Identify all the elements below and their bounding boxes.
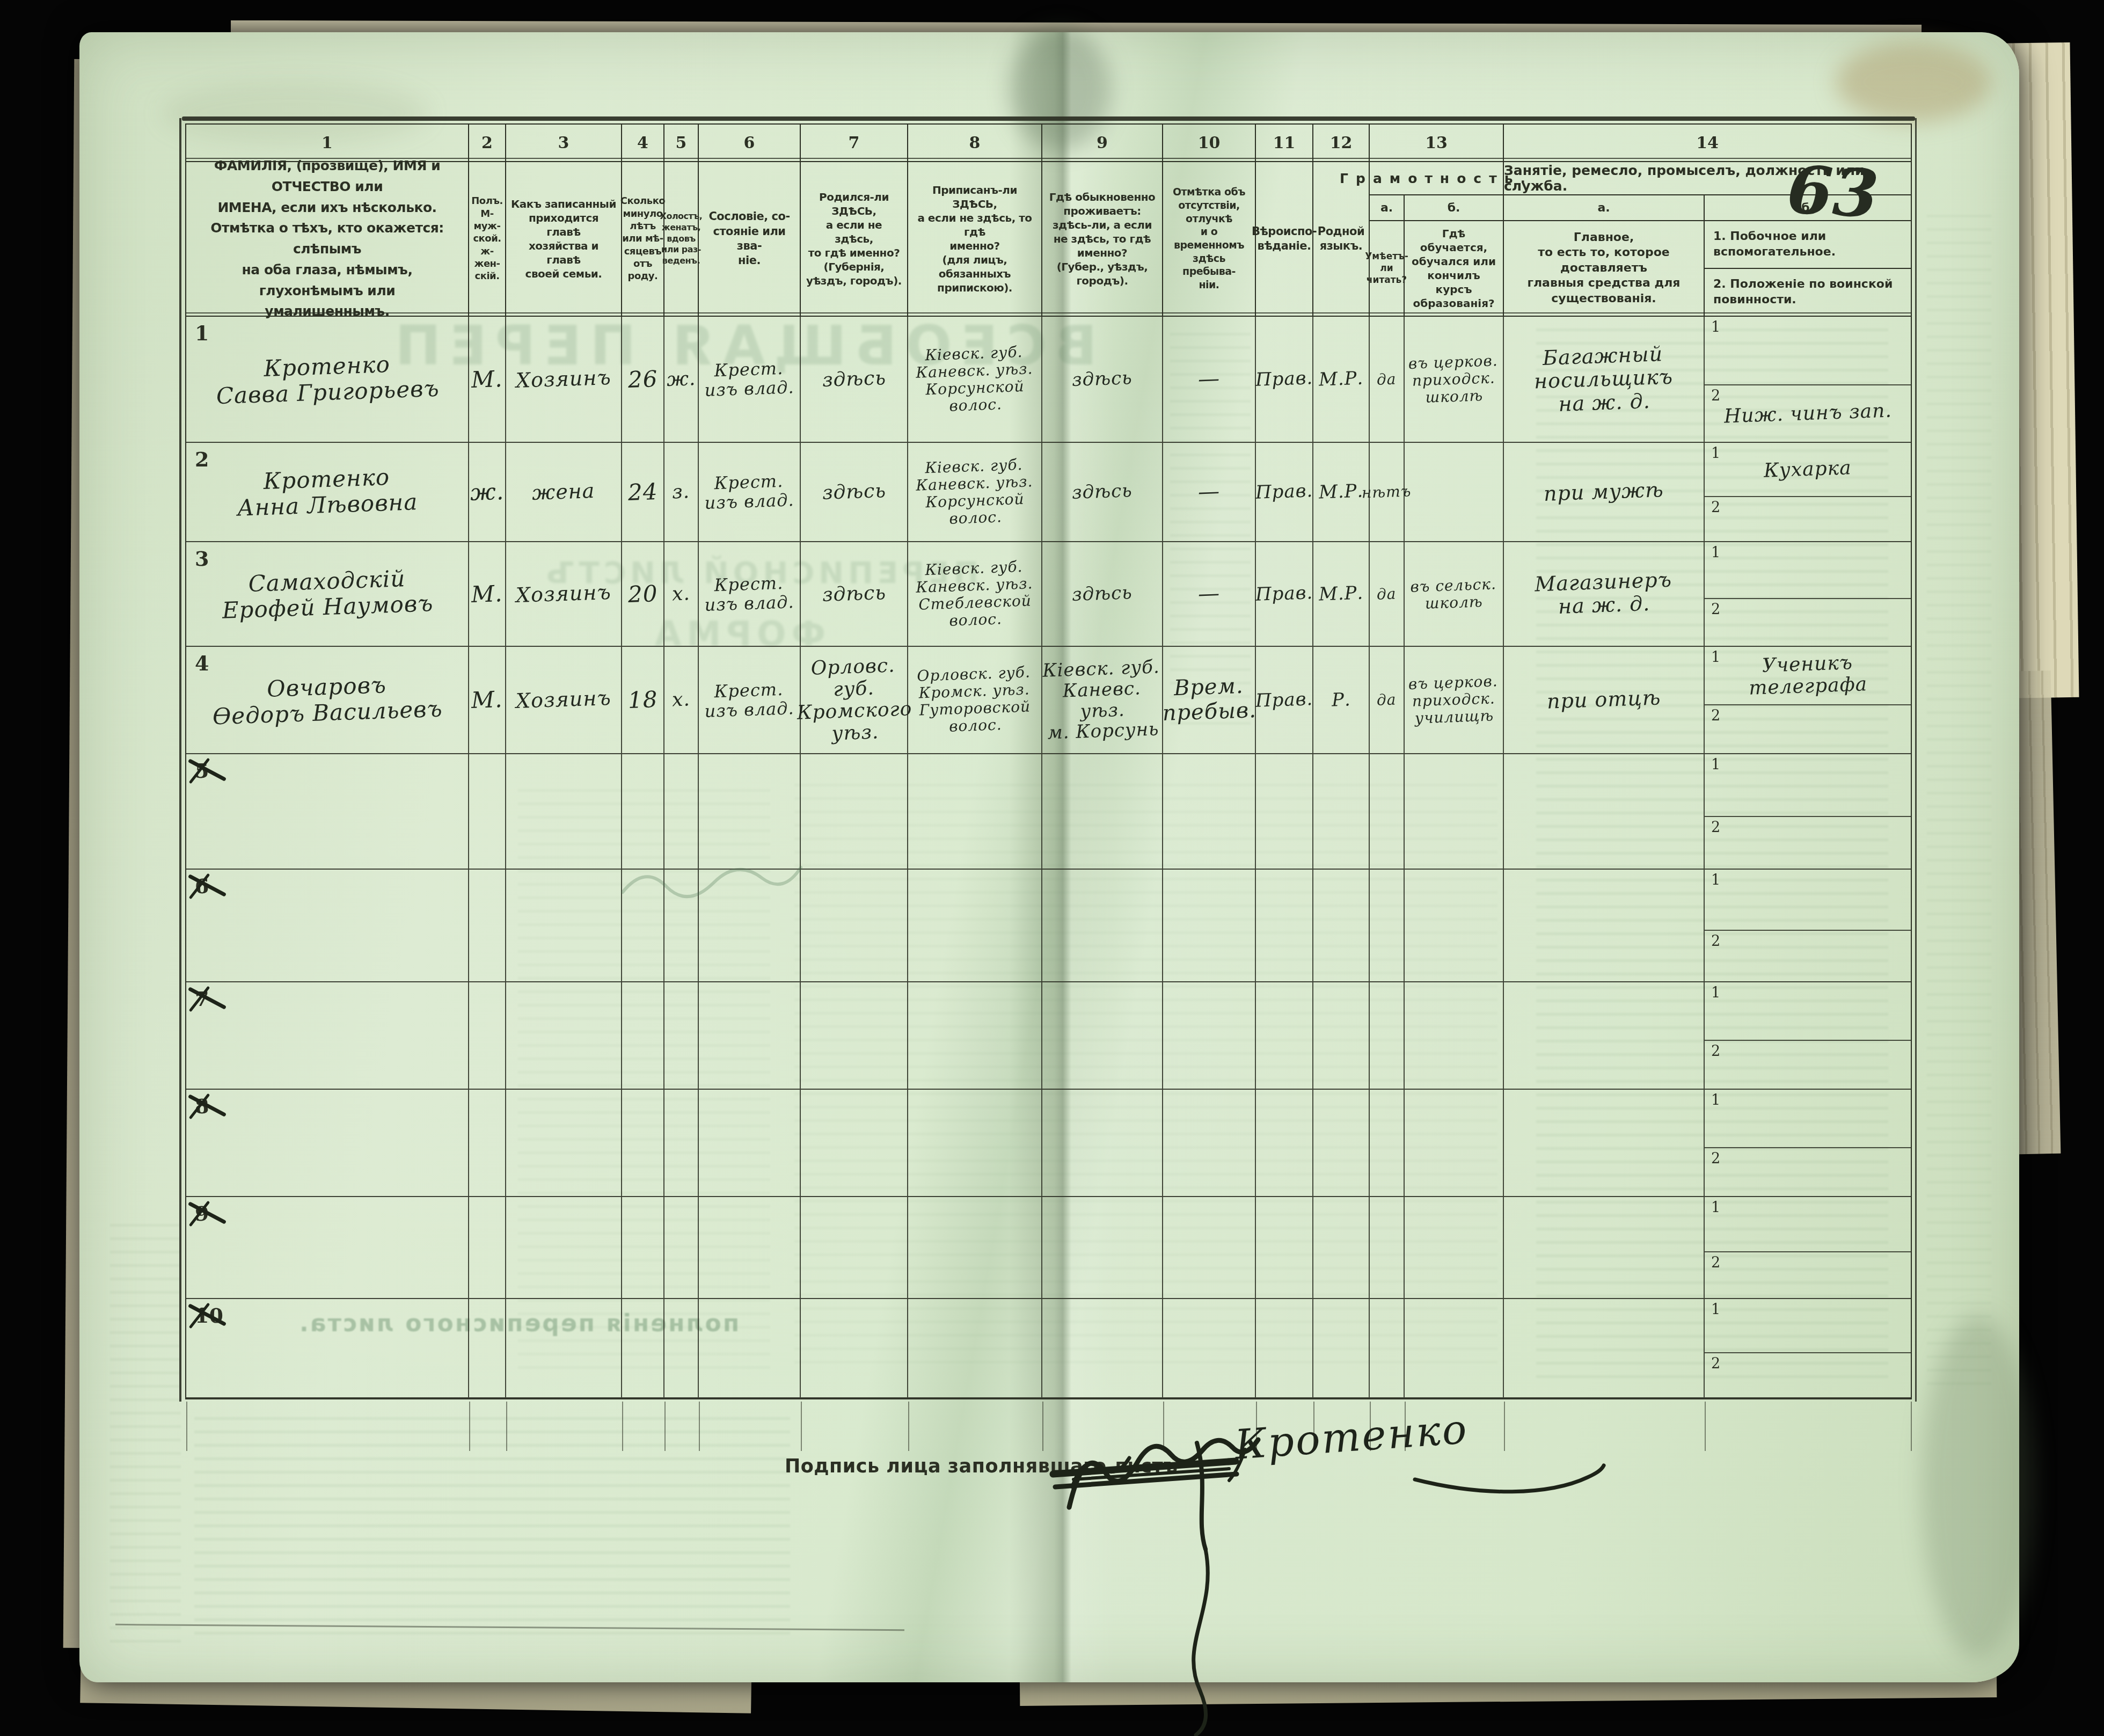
side-occupation-1: 1Ученикъ телеграфа <box>1705 647 1911 705</box>
column-line-tail <box>664 1402 666 1451</box>
column-header: Родился-ли ЗДѢСЬ, а если не здѣсь, то гд… <box>801 162 908 316</box>
cell-language: М.Р. <box>1313 317 1370 442</box>
column-header: Сословіе, со- стояніе или зва- ніе. <box>699 162 801 316</box>
cell-relation: Хозяинъ <box>506 317 622 442</box>
sub-row-label: 2 <box>1711 1254 1720 1271</box>
resides-entry: здѣсь <box>1072 582 1133 606</box>
cell-religion: Прав. <box>1256 317 1313 442</box>
absence-entry: — <box>1197 367 1221 392</box>
scanned-census-sheet: ВСЕОБЩАЯ ПЕРЕП ПЕРЕПИСНОЙ ЛИСТЪ ФОРМА по… <box>0 0 2104 1736</box>
cell-side-occupation: 12 <box>1705 870 1911 981</box>
cell-name: 2КротенкоАнна Лѣвовна <box>186 443 469 541</box>
cell-age <box>622 870 664 981</box>
literacy-a-header: Умѣетъ- ли читать? <box>1370 221 1405 316</box>
cell-registered <box>908 1299 1042 1397</box>
cell-side-occupation: 12 <box>1705 1197 1911 1298</box>
cell-reads: да <box>1370 542 1405 646</box>
cell-marital: х. <box>664 542 699 646</box>
cell-resides: здѣсь <box>1042 542 1163 646</box>
cell-marital: ж. <box>664 317 699 442</box>
registered-entry: Орловск. губ.Кромск. уѣз.Гуторовскойволо… <box>917 664 1033 736</box>
column-line-tail <box>801 1402 802 1451</box>
side-occupation-1: 1 <box>1705 1197 1911 1252</box>
column-header: Холостъ, женатъ, вдовъ или раз- веденъ. <box>664 162 699 316</box>
column-number: 9 <box>1042 125 1163 161</box>
marital-entry: ж. <box>666 368 696 391</box>
literacy-title: Грамотность. <box>1370 162 1503 195</box>
cell-education <box>1405 754 1504 869</box>
column-header: Приписанъ-ли ЗДѢСЬ, а если не здѣсь, то … <box>908 162 1042 316</box>
page-number: 63 <box>1785 151 1880 233</box>
cell-relation <box>506 1197 622 1298</box>
side-occupation-2: 2Ниж. чинъ зап. <box>1705 385 1911 442</box>
cell-language <box>1313 1299 1370 1397</box>
column-number: 11 <box>1256 125 1313 161</box>
cell-registered: Кіевск. губ.Каневск. уѣз.Корсунскойволос… <box>908 317 1042 442</box>
cell-relation <box>506 982 622 1089</box>
cell-born: здѣсь <box>801 443 908 541</box>
cell-estate <box>699 982 801 1089</box>
cell-estate <box>699 870 801 981</box>
born-entry: здѣсь <box>822 480 886 504</box>
cell-name: 5 <box>186 754 469 869</box>
census-table: 1234567891011121314ФАМИЛІЯ, (прозвище), … <box>185 123 1912 1399</box>
column-header: Сколько минуло лѣтъ или мѣ- сяцевъ отъ р… <box>622 162 664 316</box>
sex-entry: М. <box>471 687 503 713</box>
sub-row-label: 1 <box>1711 544 1720 561</box>
cell-born <box>801 1299 908 1397</box>
side-occupation-2: 2 <box>1705 931 1911 981</box>
cell-language <box>1313 1090 1370 1196</box>
cell-religion <box>1256 982 1313 1089</box>
cell-registered <box>908 754 1042 869</box>
cell-resides: здѣсь <box>1042 317 1163 442</box>
marital-entry: х. <box>671 582 690 605</box>
main-entry: Магазинеръна ж. д. <box>1535 568 1674 619</box>
cell-age: 26 <box>622 317 664 442</box>
column-number: 13 <box>1370 125 1504 161</box>
sub-row-label: 2 <box>1711 388 1720 404</box>
cell-education: въ церков.приходск.училищѣ <box>1405 647 1504 753</box>
row-number-crossed: 7 <box>195 987 209 1011</box>
reads-entry: да <box>1377 370 1397 388</box>
cell-main <box>1504 1299 1705 1397</box>
table-row: 2КротенкоАнна Лѣвовнаж.жена24з.Крест.изъ… <box>186 443 1911 542</box>
education-entry: въ сельск.школѣ <box>1410 575 1497 612</box>
resides-entry: здѣсь <box>1072 480 1133 504</box>
side-occupation-1: 1 <box>1705 754 1911 817</box>
cell-relation: Хозяинъ <box>506 647 622 753</box>
cell-education <box>1405 443 1504 541</box>
side-occupation-2: 2 <box>1705 817 1911 869</box>
cell-absence: — <box>1163 317 1256 442</box>
cell-main: Багажныйносильщикъна ж. д. <box>1504 317 1705 442</box>
main-entry: Багажныйносильщикъна ж. д. <box>1533 342 1674 417</box>
name-entry: СамаходскійЕрофей Наумовъ <box>221 565 434 623</box>
language-entry: Р. <box>1331 689 1351 711</box>
column-number: 6 <box>699 125 801 161</box>
sub-row-label: 2 <box>1711 499 1720 516</box>
relation-entry: Хозяинъ <box>515 581 611 607</box>
cell-estate <box>699 1299 801 1397</box>
cell-reads: да <box>1370 647 1405 753</box>
column-line-tail <box>1163 1402 1164 1451</box>
age-entry: 18 <box>627 687 658 713</box>
row-number: 4 <box>195 651 209 675</box>
cell-age <box>622 1197 664 1298</box>
language-entry: М.Р. <box>1318 481 1364 504</box>
column-line-tail <box>699 1402 700 1451</box>
side-occupation-2: 2 <box>1705 1041 1911 1089</box>
cell-registered <box>908 982 1042 1089</box>
marital-entry: з. <box>672 480 690 503</box>
cell-name: 1КротенкоСавва Григорьевъ <box>186 317 469 442</box>
main-entry: при мужѣ <box>1543 478 1664 506</box>
cell-registered: Орловск. губ.Кромск. уѣз.Гуторовскойволо… <box>908 647 1042 753</box>
sub-row-label: 2 <box>1711 1150 1720 1167</box>
cell-education: въ сельск.школѣ <box>1405 542 1504 646</box>
column-line-tail <box>1705 1402 1706 1451</box>
cell-absence <box>1163 870 1256 981</box>
column-line-tail <box>469 1402 470 1451</box>
cell-side-occupation: 12 <box>1705 542 1911 646</box>
cell-main <box>1504 1090 1705 1196</box>
main-entry: при отцѣ <box>1546 687 1661 714</box>
table-row: 512 <box>186 754 1911 870</box>
cell-name: 10 <box>186 1299 469 1397</box>
cell-education <box>1405 1197 1504 1298</box>
table-row: 1012 <box>186 1299 1911 1398</box>
column-line-tail <box>908 1402 909 1451</box>
cell-resides <box>1042 982 1163 1089</box>
cell-education <box>1405 1299 1504 1397</box>
marital-entry: х. <box>671 689 690 711</box>
sub-row-label: 1 <box>1711 872 1720 888</box>
column-number: 12 <box>1313 125 1370 161</box>
cell-estate: Крест.изъ влад. <box>699 443 801 541</box>
born-entry: здѣсь <box>822 582 886 606</box>
cell-estate: Крест.изъ влад. <box>699 647 801 753</box>
cell-age <box>622 1299 664 1397</box>
cell-side-occupation: 1Ученикъ телеграфа2 <box>1705 647 1911 753</box>
sub-row-label: 2 <box>1711 1043 1720 1060</box>
cell-relation <box>506 1090 622 1196</box>
relation-entry: Хозяинъ <box>515 687 611 713</box>
side2-entry: Ниж. чинъ зап. <box>1723 400 1892 428</box>
cell-main: Магазинеръна ж. д. <box>1504 542 1705 646</box>
religion-entry: Прав. <box>1255 480 1313 503</box>
sub-row-label: 1 <box>1711 756 1720 773</box>
cell-absence <box>1163 754 1256 869</box>
table-row: 4ОвчаровъѲедоръ ВасильевъМ.Хозяинъ18х.Кр… <box>186 647 1911 754</box>
cell-born: здѣсь <box>801 317 908 442</box>
cell-main: при отцѣ <box>1504 647 1705 753</box>
cell-born <box>801 870 908 981</box>
sex-entry: М. <box>471 366 503 393</box>
sub-label-b: б. <box>1405 195 1503 220</box>
table-row: 1КротенкоСавва ГригорьевъМ.Хозяинъ26ж.Кр… <box>186 317 1911 443</box>
side1-entry: Кухарка <box>1764 457 1852 482</box>
cell-absence: — <box>1163 443 1256 541</box>
cell-name: 4ОвчаровъѲедоръ Васильевъ <box>186 647 469 753</box>
registered-entry: Кіевск. губ.Каневск. уѣз.Стеблевскойволо… <box>915 558 1034 630</box>
side-occupation-1: 1 <box>1705 1299 1911 1353</box>
sub-label-a: а. <box>1370 195 1405 220</box>
sub-row-label: 2 <box>1711 707 1720 724</box>
registered-entry: Кіевск. губ.Каневск. уѣз.Корсунскойволос… <box>915 343 1034 415</box>
column-number: 10 <box>1163 125 1256 161</box>
cell-sex: М. <box>469 647 506 753</box>
column-number: 7 <box>801 125 908 161</box>
cell-reads <box>1370 1299 1405 1397</box>
cell-estate <box>699 754 801 869</box>
cell-born: Орловс. губ.Кромскогоуѣз. <box>801 647 908 753</box>
education-entry: въ церков.приходск.училищѣ <box>1408 673 1500 727</box>
cell-side-occupation: 12 <box>1705 982 1911 1089</box>
cell-main <box>1504 982 1705 1089</box>
row-number: 2 <box>195 447 209 471</box>
cell-absence <box>1163 982 1256 1089</box>
cell-registered <box>908 1197 1042 1298</box>
cell-relation <box>506 870 622 981</box>
born-entry: Орловс. губ.Кромскогоуѣз. <box>795 654 913 746</box>
cell-relation <box>506 754 622 869</box>
cell-name: 6 <box>186 870 469 981</box>
sub-row-label: 1 <box>1711 1301 1720 1318</box>
occupation-side-header: 1. Побочное или вспомогательное.2. Полож… <box>1705 221 1911 316</box>
column-header: Отмѣтка объ отсутствіи, отлучкѣ и о врем… <box>1163 162 1256 316</box>
cell-language <box>1313 754 1370 869</box>
cell-resides <box>1042 1197 1163 1298</box>
row-number: 3 <box>195 546 209 571</box>
table-row: 912 <box>186 1197 1911 1299</box>
estate-entry: Крест.изъ влад. <box>704 679 795 721</box>
cell-religion <box>1256 1197 1313 1298</box>
column-line-tail <box>1042 1402 1043 1451</box>
cell-relation <box>506 1299 622 1397</box>
foxing-stain <box>1836 42 1991 122</box>
cell-age <box>622 982 664 1089</box>
table-right-rule <box>1915 118 1917 1402</box>
table-row: 812 <box>186 1090 1911 1197</box>
occupation-main-header: Главное, то есть то, которое доставляетъ… <box>1504 221 1705 316</box>
side-occupation-1: 1 <box>1705 317 1911 385</box>
row-number: 1 <box>195 321 209 345</box>
cell-resides <box>1042 754 1163 869</box>
cell-sex <box>469 754 506 869</box>
cell-resides: Кіевск. губ.Каневс. уѣз.м. Корсунь <box>1042 647 1163 753</box>
cell-sex <box>469 1197 506 1298</box>
side-occupation-2: 2 <box>1705 1252 1911 1298</box>
column-number: 5 <box>664 125 699 161</box>
cell-reads: нѣтъ <box>1370 443 1405 541</box>
side-occupation-1: 1 <box>1705 1090 1911 1148</box>
cell-absence: Врем.пребыв. <box>1163 647 1256 753</box>
cell-sex <box>469 870 506 981</box>
cell-age: 18 <box>622 647 664 753</box>
column-number: 4 <box>622 125 664 161</box>
side-occupation-1: 1Кухарка <box>1705 443 1911 497</box>
row-number-crossed: 5 <box>195 758 209 783</box>
cell-reads <box>1370 1197 1405 1298</box>
cell-religion <box>1256 754 1313 869</box>
education-entry: въ церков.приходск.школѣ <box>1408 352 1500 406</box>
cell-side-occupation: 12 <box>1705 754 1911 869</box>
cell-age: 24 <box>622 443 664 541</box>
cell-education: въ церков.приходск.школѣ <box>1405 317 1504 442</box>
cell-side-occupation: 1Кухарка2 <box>1705 443 1911 541</box>
religion-entry: Прав. <box>1255 582 1313 605</box>
column-line-tail <box>506 1402 507 1451</box>
cell-born <box>801 1197 908 1298</box>
cell-language: М.Р. <box>1313 542 1370 646</box>
absence-entry: — <box>1197 581 1221 607</box>
born-entry: здѣсь <box>822 367 886 391</box>
cell-marital: з. <box>664 443 699 541</box>
age-entry: 20 <box>627 581 658 608</box>
relation-entry: Хозяинъ <box>515 366 611 392</box>
cell-absence <box>1163 1299 1256 1397</box>
row-number-crossed: 6 <box>195 874 209 898</box>
cell-age <box>622 1090 664 1196</box>
cell-estate: Крест.изъ влад. <box>699 542 801 646</box>
sub-row-label: 2 <box>1711 1355 1720 1372</box>
cell-registered: Кіевск. губ.Каневск. уѣз.Стеблевскойволо… <box>908 542 1042 646</box>
reads-entry: да <box>1377 585 1397 603</box>
cell-name: 7 <box>186 982 469 1089</box>
row-number-crossed: 9 <box>195 1201 209 1226</box>
side1-entry: Ученикъ телеграфа <box>1704 650 1912 701</box>
cell-reads: да <box>1370 317 1405 442</box>
cell-language: Р. <box>1313 647 1370 753</box>
resides-entry: Кіевск. губ.Каневс. уѣз.м. Корсунь <box>1041 657 1163 744</box>
cell-absence <box>1163 1197 1256 1298</box>
estate-entry: Крест.изъ влад. <box>704 471 795 513</box>
sub-row-label: 2 <box>1711 601 1720 618</box>
cell-absence <box>1163 1090 1256 1196</box>
language-entry: М.Р. <box>1318 583 1364 606</box>
cell-side-occupation: 12 <box>1705 1090 1911 1196</box>
cell-language <box>1313 1197 1370 1298</box>
cell-marital <box>664 1299 699 1397</box>
cell-resides <box>1042 870 1163 981</box>
cell-born: здѣсь <box>801 542 908 646</box>
column-line-tail <box>186 1402 187 1451</box>
cell-side-occupation: 12Ниж. чинъ зап. <box>1705 317 1911 442</box>
side-occupation-1: 1 <box>1705 870 1911 931</box>
cell-name: 9 <box>186 1197 469 1298</box>
cell-marital <box>664 1090 699 1196</box>
cell-marital <box>664 870 699 981</box>
cell-sex <box>469 1299 506 1397</box>
registered-entry: Кіевск. губ.Каневск. уѣз.Корсунскойволос… <box>915 456 1034 528</box>
table-row: 3СамаходскійЕрофей НаумовъМ.Хозяинъ20х.К… <box>186 542 1911 647</box>
sub-row-label: 1 <box>1711 1199 1720 1216</box>
age-entry: 26 <box>627 366 658 393</box>
sub-label-a: а. <box>1504 195 1705 220</box>
side-occupation-2: 2 <box>1705 1353 1911 1397</box>
estate-entry: Крест.изъ влад. <box>704 573 795 615</box>
column-header-literacy: Грамотность.а.б.Умѣетъ- ли читать?Гдѣ об… <box>1370 162 1504 316</box>
cell-resides <box>1042 1299 1163 1397</box>
name-entry: ОвчаровъѲедоръ Васильевъ <box>211 670 443 730</box>
cell-reads <box>1370 982 1405 1089</box>
sub-row-label: 1 <box>1711 445 1720 462</box>
bleed-through-paragraphs <box>1927 215 1991 1396</box>
cell-registered <box>908 870 1042 981</box>
cell-sex <box>469 1090 506 1196</box>
cell-resides: здѣсь <box>1042 443 1163 541</box>
cell-age: 20 <box>622 542 664 646</box>
bleed-through-paragraphs <box>110 1224 181 1643</box>
column-number: 8 <box>908 125 1042 161</box>
cell-marital <box>664 982 699 1089</box>
column-header: Вѣроиспо- вѣданіе. <box>1256 162 1313 316</box>
cell-estate <box>699 1090 801 1196</box>
cell-language <box>1313 870 1370 981</box>
name-entry: КротенкоАнна Лѣвовна <box>236 463 419 521</box>
sub-row-label: 1 <box>1711 984 1720 1001</box>
cell-relation: жена <box>506 443 622 541</box>
cell-marital: х. <box>664 647 699 753</box>
cell-registered <box>908 1090 1042 1196</box>
side-occupation-1: 1 <box>1705 982 1911 1041</box>
occupation-side-2: 2. Положеніе по воинской повинности. <box>1705 269 1911 316</box>
sex-entry: ж. <box>470 478 505 505</box>
cell-education <box>1405 982 1504 1089</box>
cell-main <box>1504 870 1705 981</box>
cell-marital <box>664 754 699 869</box>
age-entry: 24 <box>627 479 658 506</box>
relation-entry: жена <box>532 479 596 505</box>
language-entry: М.Р. <box>1318 368 1364 391</box>
cell-estate: Крест.изъ влад. <box>699 317 801 442</box>
literacy-b-header: Гдѣ обучается, обучался или кончилъ курс… <box>1405 221 1503 316</box>
cell-religion: Прав. <box>1256 647 1313 753</box>
reads-entry: да <box>1377 691 1397 709</box>
name-entry: КротенкоСавва Григорьевъ <box>215 349 440 409</box>
table-row: 612 <box>186 870 1911 982</box>
absence-entry: Врем.пребыв. <box>1161 674 1256 726</box>
cell-religion: Прав. <box>1256 443 1313 541</box>
cell-age <box>622 754 664 869</box>
cell-side-occupation: 12 <box>1705 1299 1911 1397</box>
cell-estate <box>699 1197 801 1298</box>
side-occupation-2: 2 <box>1705 705 1911 753</box>
cell-religion: Прав. <box>1256 542 1313 646</box>
cell-born <box>801 754 908 869</box>
column-header-row: ФАМИЛІЯ, (прозвище), ИМЯ и ОТЧЕСТВО или … <box>186 162 1911 317</box>
cell-religion <box>1256 870 1313 981</box>
column-header: Полъ. М-муж- ской. ж-жен- скій. <box>469 162 506 316</box>
sub-row-label: 2 <box>1711 933 1720 950</box>
absence-entry: — <box>1197 479 1221 505</box>
row-number-crossed: 8 <box>195 1094 209 1118</box>
sex-entry: М. <box>471 581 503 608</box>
cell-religion <box>1256 1090 1313 1196</box>
cell-marital <box>664 1197 699 1298</box>
signature-caption: Подпись лица заполнявшаго листъ <box>785 1456 1178 1477</box>
cell-language <box>1313 982 1370 1089</box>
religion-entry: Прав. <box>1255 689 1313 711</box>
cell-absence: — <box>1163 542 1256 646</box>
side-occupation-2: 2 <box>1705 1148 1911 1196</box>
column-header: ФАМИЛІЯ, (прозвище), ИМЯ и ОТЧЕСТВО или … <box>186 162 469 316</box>
side-occupation-2: 2 <box>1705 497 1911 541</box>
column-number: 3 <box>506 125 622 161</box>
cell-main <box>1504 754 1705 869</box>
cell-name: 8 <box>186 1090 469 1196</box>
